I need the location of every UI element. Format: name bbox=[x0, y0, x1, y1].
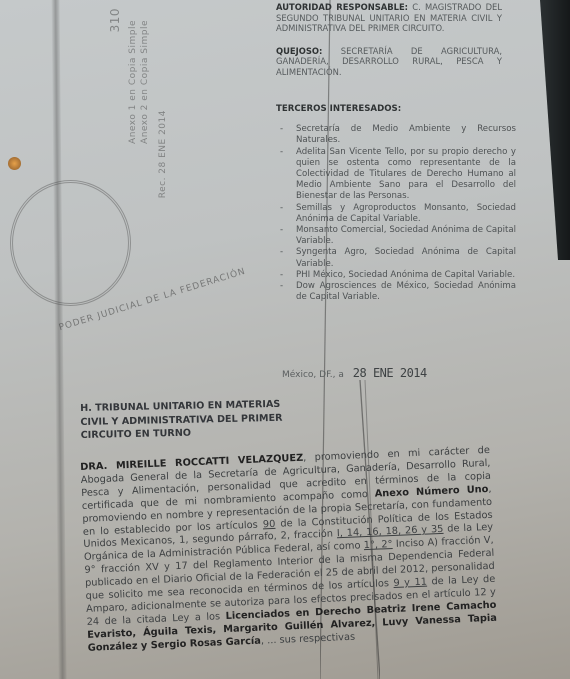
list-item: Secretaría de Medio Ambiente y Recursos … bbox=[276, 124, 516, 146]
official-seal bbox=[10, 180, 131, 306]
terceros-title: TERCEROS INTERESADOS: bbox=[276, 104, 516, 115]
place: México, DF., a bbox=[282, 370, 344, 380]
list-item: Monsanto Comercial, Sociedad Anónima de … bbox=[276, 225, 516, 247]
punch-hole bbox=[8, 157, 21, 170]
list-item: Adelita San Vicente Tello, por su propio… bbox=[276, 147, 516, 203]
list-item: Syngenta Agro, Sociedad Anónima de Capit… bbox=[276, 247, 516, 269]
autoridad-responsable: AUTORIDAD RESPONSABLE: C. MAGISTRADO DEL… bbox=[276, 2, 502, 34]
list-item: PHI México, Sociedad Anónima de Capital … bbox=[276, 270, 516, 281]
margin-note: Anexo 1 en Copia Simple bbox=[128, 20, 139, 144]
list-item: Semillas y Agroproductos Monsanto, Socie… bbox=[276, 203, 516, 225]
place-date: México, DF., a 28 ENE 2014 bbox=[282, 366, 427, 380]
margin-note: Anexo 2 en Copia Simple bbox=[140, 20, 151, 144]
quejoso: QUEJOSO: SECRETARÍA DE AGRICULTURA, GANA… bbox=[276, 46, 502, 78]
body-paragraph: DRA. MIREILLE ROCCATTI VELAZQUEZ, promov… bbox=[80, 445, 498, 656]
margin-annotations: 310 Anexo 1 en Copia Simple Anexo 2 en C… bbox=[60, 0, 260, 360]
page-number: 310 bbox=[110, 8, 121, 32]
list-item: Dow Agrosciences de México, Sociedad Anó… bbox=[276, 281, 516, 303]
margin-note: Rec. 28 ENE 2014 bbox=[158, 110, 169, 198]
date-stamp: 28 ENE 2014 bbox=[353, 366, 427, 380]
case-header: AUTORIDAD RESPONSABLE: C. MAGISTRADO DEL… bbox=[276, 2, 502, 90]
document-photo: 310 Anexo 1 en Copia Simple Anexo 2 en C… bbox=[0, 0, 570, 679]
addressee: H. TRIBUNAL UNITARIO EN MATERIAS CIVIL Y… bbox=[80, 397, 331, 443]
background-edge bbox=[540, 0, 570, 260]
terceros-interesados: TERCEROS INTERESADOS: Secretaría de Medi… bbox=[276, 104, 516, 303]
